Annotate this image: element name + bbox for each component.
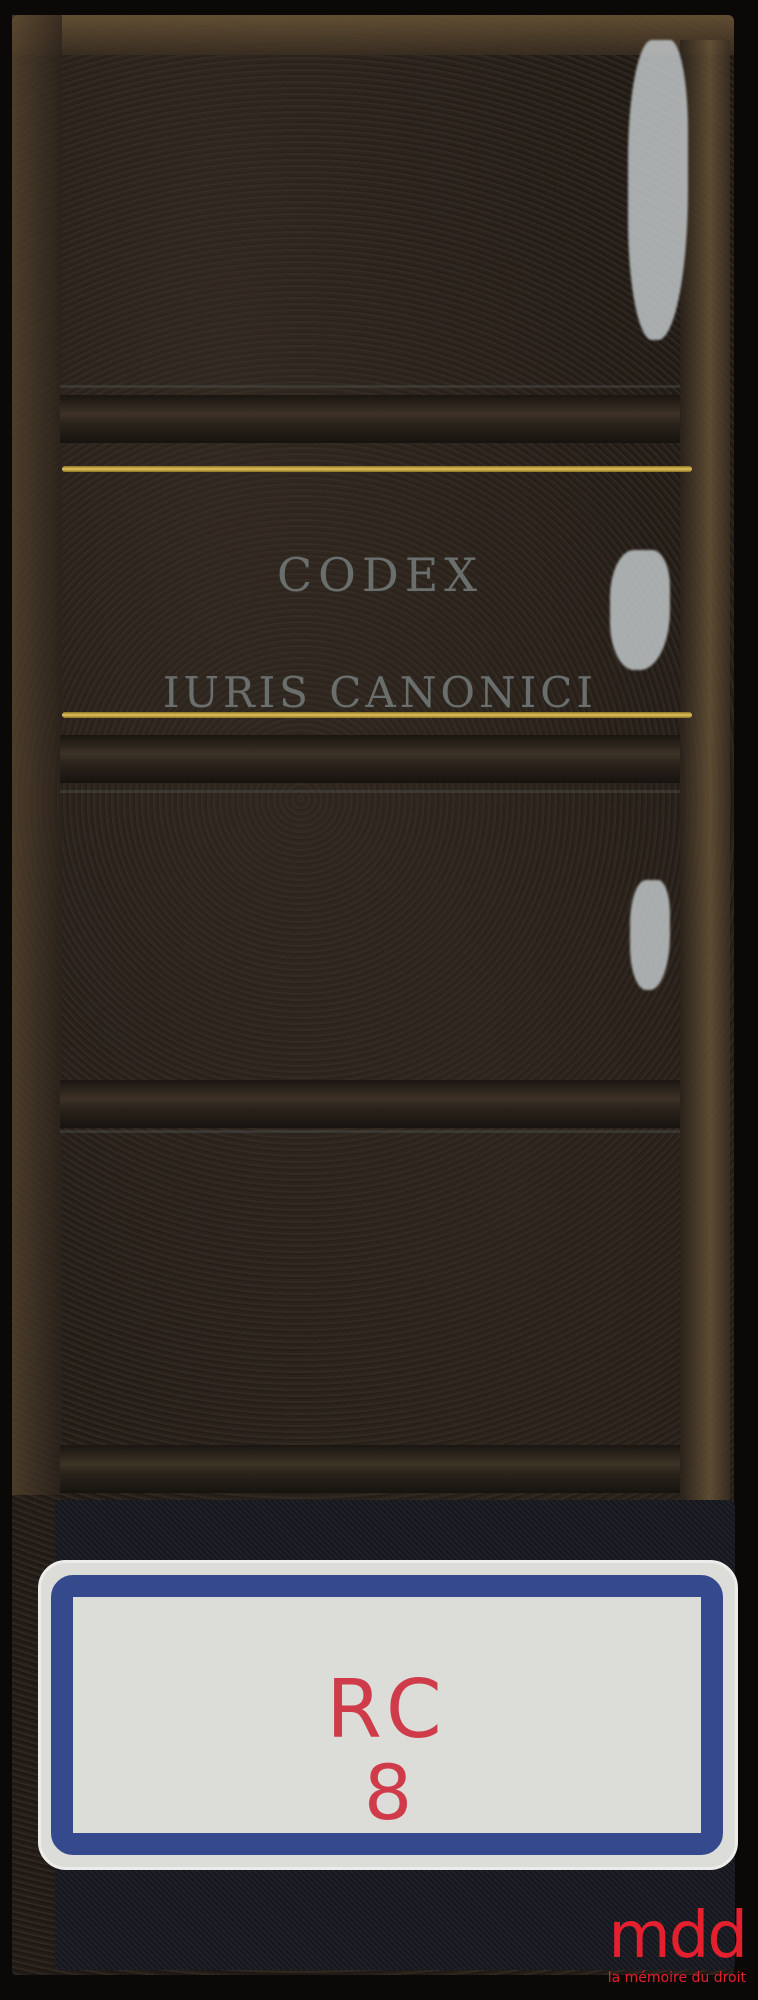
spine-right-edge xyxy=(680,40,730,1500)
gold-fillet xyxy=(62,466,692,472)
spine-ridge xyxy=(60,1130,680,1133)
spine-left-edge xyxy=(12,15,62,1495)
spine-ridge xyxy=(60,385,680,388)
shelf-mark-line2: 8 xyxy=(41,1748,735,1837)
leather-wear-patch xyxy=(630,880,670,990)
leather-wear-patch xyxy=(628,40,688,340)
watermark-logo: mdd la mémoire du droit xyxy=(608,1908,746,1986)
raised-band xyxy=(60,1080,680,1128)
spine-title-line2: IURIS CANONICI xyxy=(60,668,700,717)
logo-tagline: la mémoire du droit xyxy=(608,1970,746,1986)
spine-ridge xyxy=(60,790,680,793)
shelf-label: RC 8 xyxy=(38,1560,738,1870)
raised-band xyxy=(60,735,680,783)
logo-mark: mdd xyxy=(608,1908,746,1964)
shelf-mark-line1: RC xyxy=(41,1663,735,1756)
raised-band xyxy=(60,1445,680,1493)
gold-fillet xyxy=(62,712,692,718)
spine-top-edge xyxy=(12,15,734,55)
spine-title-line1: CODEX xyxy=(60,548,700,602)
raised-band xyxy=(60,395,680,443)
